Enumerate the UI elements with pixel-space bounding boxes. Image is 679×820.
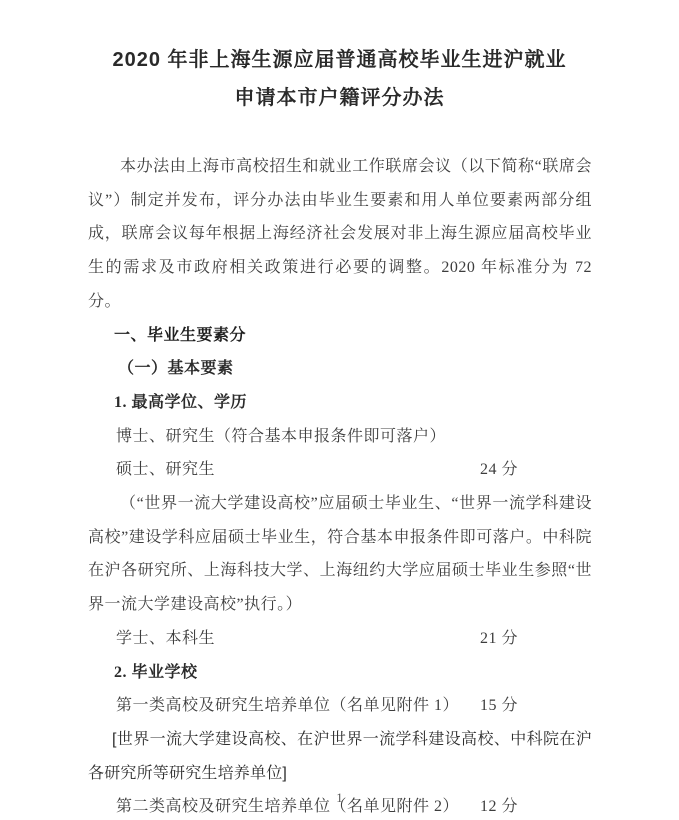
title-line-2: 申请本市户籍评分办法 xyxy=(0,79,679,117)
score-value-bachelor: 21 分 xyxy=(480,622,518,656)
tier1-school-note: [世界一流大学建设高校、在沪世界一流学科建设高校、中科院在沪各研究所等研究生培养… xyxy=(88,723,592,790)
subsection-heading-basic-factors: （一）基本要素 xyxy=(88,352,592,386)
item-heading-graduation-school: 2. 毕业学校 xyxy=(88,656,592,690)
intro-paragraph: 本办法由上海市高校招生和就业工作联席会议（以下简称“联席会议”）制定并发布，评分… xyxy=(88,150,592,319)
doctor-degree-line: 博士、研究生（符合基本申报条件即可落户） xyxy=(88,420,592,454)
score-row-master: 硕士、研究生 24 分 xyxy=(88,453,592,487)
document-page: 2020 年非上海生源应届普通高校毕业生进沪就业 申请本市户籍评分办法 本办法由… xyxy=(0,0,679,820)
score-label-bachelor: 学士、本科生 xyxy=(116,630,215,647)
score-label-master: 硕士、研究生 xyxy=(116,461,215,478)
document-body: 本办法由上海市高校招生和就业工作联席会议（以下简称“联席会议”）制定并发布，评分… xyxy=(0,150,679,820)
document-title: 2020 年非上海生源应届普通高校毕业生进沪就业 申请本市户籍评分办法 xyxy=(0,41,679,117)
score-row-bachelor: 学士、本科生 21 分 xyxy=(88,622,592,656)
score-value-tier1-school: 15 分 xyxy=(480,689,518,723)
page-number: 1 xyxy=(0,791,679,805)
title-line-1: 2020 年非上海生源应届普通高校毕业生进沪就业 xyxy=(0,41,679,79)
score-row-tier1-school: 第一类高校及研究生培养单位（名单见附件 1） 15 分 xyxy=(88,689,592,723)
section-heading-graduate-factors: 一、毕业生要素分 xyxy=(88,319,592,353)
score-value-master: 24 分 xyxy=(480,453,518,487)
item-heading-highest-degree: 1. 最高学位、学历 xyxy=(88,386,592,420)
score-label-tier1-school: 第一类高校及研究生培养单位（名单见附件 1） xyxy=(116,697,459,714)
master-note-paragraph: （“世界一流大学建设高校”应届硕士毕业生、“世界一流学科建设高校”建设学科应届硕… xyxy=(88,487,592,622)
